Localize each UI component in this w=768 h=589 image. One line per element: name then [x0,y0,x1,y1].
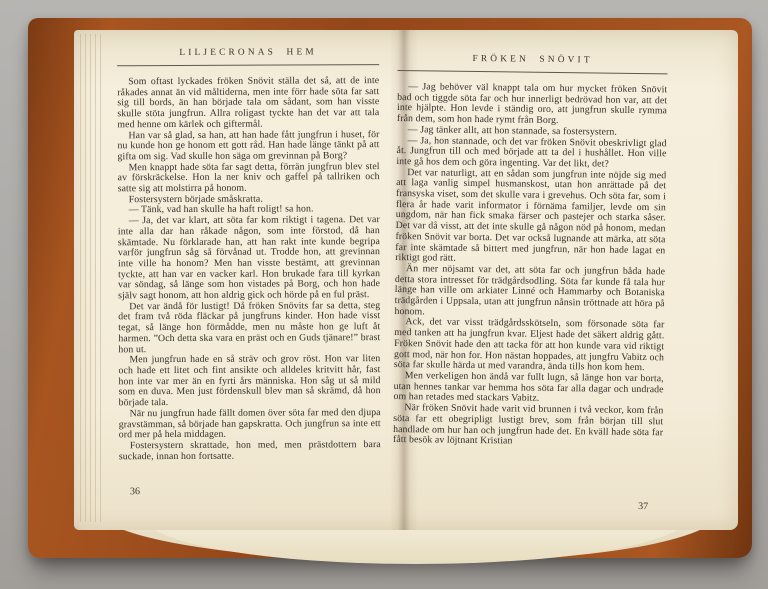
book-page-left: LILJECRONAS HEM Som oftast lyckades frök… [74,30,404,530]
paragraph: Men knappt hade söta far sagt detta, för… [118,162,380,195]
paragraph: Men verkeligen hon ändå var fullt lugn, … [393,371,663,406]
header-rule-left [117,64,379,66]
book-page-right: FRÖKEN SNÖVIT — Jag behöver väl knappt t… [394,30,738,530]
paragraph: — Jag behöver väl knappt tala om hur myc… [397,82,668,128]
paragraph: Än mer nöjsamt var det, att söta far och… [394,264,665,321]
paragraph: Som oftast lyckades fröken Snövit ställa… [117,76,379,131]
paragraph: Ack, det var visst trädgårdsskötseln, so… [394,317,665,374]
paragraph: När fröken Snövit hade varit vid brunnen… [393,403,664,449]
page-text-right: — Jag behöver väl knappt tala om hur myc… [393,82,667,449]
paragraph: Fostersystern skrattade, hon med, men pr… [119,440,381,463]
paragraph: Det var naturligt, att en sådan som jung… [395,168,666,268]
paragraph: Det var ändå för lustigt! Då fröken Snöv… [118,301,380,356]
paragraph: Han var så glad, sa han, att han hade få… [117,130,379,163]
page-text-left: Som oftast lyckades fröken Snövit ställa… [117,76,381,462]
running-title-right: FRÖKEN SNÖVIT [398,53,668,66]
page-number-right: 37 [638,501,648,512]
paragraph: När nu jungfrun hade fällt domen över sö… [119,408,381,441]
open-book: LILJECRONAS HEM Som oftast lyckades frök… [28,18,752,558]
header-rule-right [397,70,667,74]
book-pages: LILJECRONAS HEM Som oftast lyckades frök… [74,30,738,530]
page-number-left: 36 [130,486,140,497]
paragraph: Men jungfrun hade en så sträv och grov r… [118,354,380,409]
paragraph: — Ja, hon stannade, och det var fröken S… [396,136,666,171]
running-title-left: LILJECRONAS HEM [117,47,379,58]
photo-background: LILJECRONAS HEM Som oftast lyckades frök… [0,0,768,589]
paragraph: — Ja, det var klart, att söta far kom ri… [118,215,380,302]
